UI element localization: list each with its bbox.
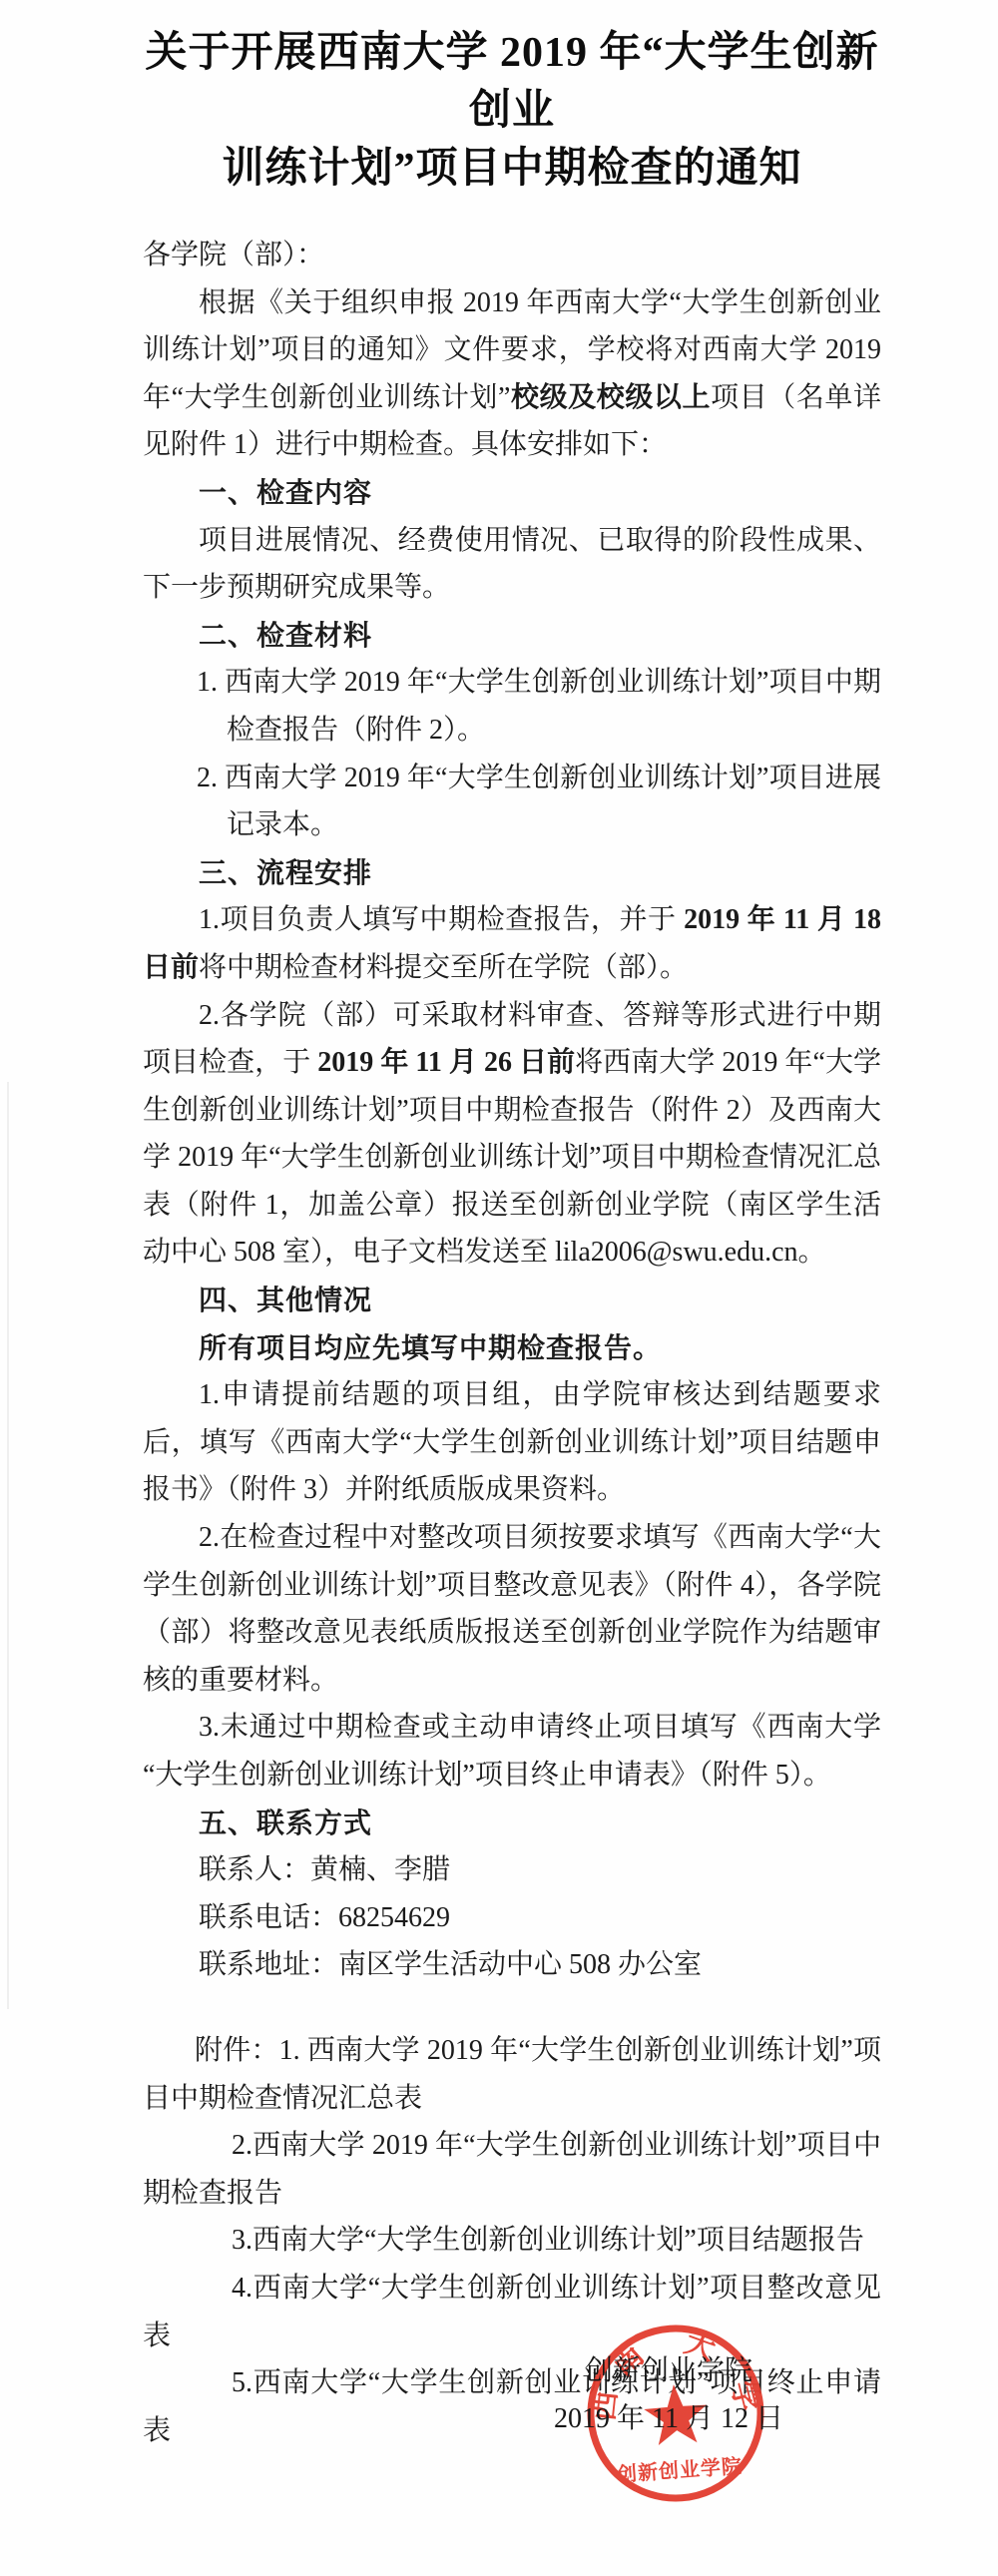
text-block-para: 根据《关于组织申报 2019 年西南大学“大学生创新创业训练计划”项目的通知》文… <box>143 279 881 469</box>
text-block-hang: 2. 西南大学 2019 年“大学生创新创业训练计划”项目进展记录本。 <box>143 755 881 849</box>
text-block-attach-first: 附件：1. 西南大学 2019 年“大学生创新创业训练计划”项目中期检查情况汇总… <box>143 2027 881 2122</box>
text-block-heading: 一、检查内容 <box>143 469 881 517</box>
text-block-para: 2.各学院（部）可采取材料审查、答辩等形式进行中期项目检查，于 2019 年 1… <box>143 992 881 1278</box>
text-block-heading: 四、其他情况 <box>143 1277 881 1324</box>
document-page: 关于开展西南大学 2019 年“大学生创新创业 训练计划”项目中期检查的通知 各… <box>0 0 998 2576</box>
document-content: 关于开展西南大学 2019 年“大学生创新创业 训练计划”项目中期检查的通知 各… <box>143 0 881 2454</box>
document-body: 各学院（部）：根据《关于组织申报 2019 年西南大学“大学生创新创业训练计划”… <box>143 232 881 2454</box>
text-block-attach-item: 2.西南大学 2019 年“大学生创新创业训练计划”项目中期检查报告 <box>143 2122 881 2217</box>
text-block-para: 1.申请提前结题的项目组，由学院审核达到结题要求后，填写《西南大学“大学生创新创… <box>143 1371 881 1514</box>
document-title-line1: 关于开展西南大学 2019 年“大学生创新创业 <box>143 24 881 140</box>
scan-artifact-line <box>7 1082 9 2009</box>
text-block-attach-item: 3.西南大学“大学生创新创业训练计划”项目结题报告 <box>143 2217 881 2265</box>
text-block-para: 3.未通过中期检查或主动申请终止项目填写《西南大学“大学生创新创业训练计划”项目… <box>143 1704 881 1799</box>
text-block-salutation: 各学院（部）： <box>143 232 881 279</box>
document-title-line2: 训练计划”项目中期检查的通知 <box>143 140 881 198</box>
text-block-heading: 五、联系方式 <box>143 1800 881 1847</box>
text-block-para: 联系电话：68254629 <box>143 1894 881 1942</box>
text-block-heading: 三、流程安排 <box>143 849 881 897</box>
text-block-attach-item: 4.西南大学“大学生创新创业训练计划”项目整改意见表 <box>143 2265 881 2359</box>
text-block-hang: 1. 西南大学 2019 年“大学生创新创业训练计划”项目中期检查报告（附件 2… <box>143 659 881 754</box>
text-block-para: 项目进展情况、经费使用情况、已取得的阶段性成果、下一步预期研究成果等。 <box>143 517 881 612</box>
text-block-para: 1.项目负责人填写中期检查报告，并于 2019 年 11 月 18 日前将中期检… <box>143 896 881 991</box>
text-block-heading: 二、检查材料 <box>143 612 881 660</box>
text-block-para: 2.在检查过程中对整改项目须按要求填写《西南大学“大学生创新创业训练计划”项目整… <box>143 1514 881 1704</box>
text-block-para: 联系地址：南区学生活动中心 508 办公室 <box>143 1941 881 1989</box>
signature-org: 创新创业学院 <box>519 2347 818 2395</box>
text-block-para-bold: 所有项目均应先填写中期检查报告。 <box>143 1324 881 1372</box>
text-block-para: 联系人：黄楠、李腊 <box>143 1846 881 1894</box>
document-title: 关于开展西南大学 2019 年“大学生创新创业 训练计划”项目中期检查的通知 <box>143 24 881 198</box>
signature-block: 创新创业学院 2019 年 11 月 12 日 <box>519 2347 818 2442</box>
signature-date: 2019 年 11 月 12 日 <box>519 2395 818 2443</box>
